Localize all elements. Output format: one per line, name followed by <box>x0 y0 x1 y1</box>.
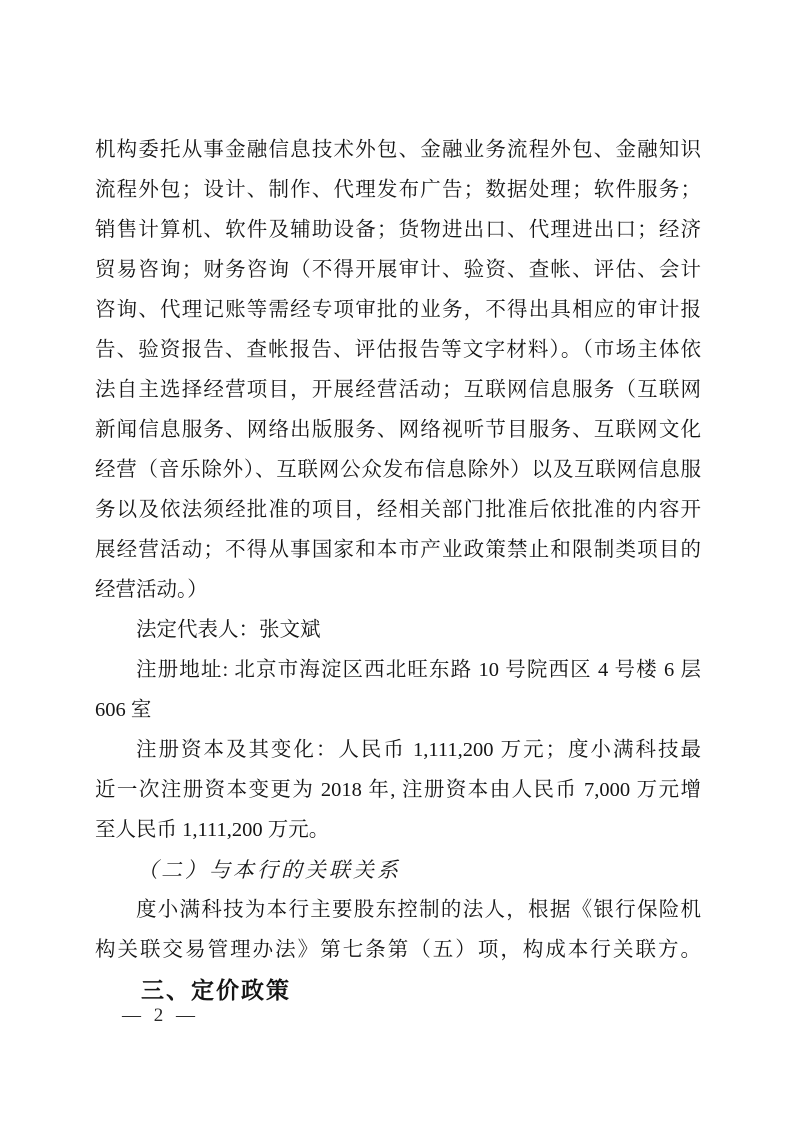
text-line: 务以及依法须经批准的项目，经相关部门批准后依批准的内容开 <box>95 490 701 530</box>
registered-capital-line: 近一次注册资本变更为 2018 年, 注册资本由人民币 7,000 万元增 <box>95 770 701 810</box>
subsection-heading: （二）与本行的关联关系 <box>95 850 701 890</box>
document-body: 机构委托从事金融信息技术外包、金融业务流程外包、金融知识 流程外包；设计、制作、… <box>95 130 701 1010</box>
page-number: — 2 — <box>122 1005 199 1027</box>
registered-capital-line: 至人民币 1,111,200 万元。 <box>95 810 701 850</box>
text-line: 展经营活动；不得从事国家和本市产业政策禁止和限制类项目的 <box>95 530 701 570</box>
text-line: 流程外包；设计、制作、代理发布广告；数据处理；软件服务； <box>95 170 701 210</box>
text-line: 告、验资报告、查帐报告、评估报告等文字材料）。（市场主体依 <box>95 330 701 370</box>
section-heading: 三、定价政策 <box>95 970 701 1010</box>
text-line: 咨询、代理记账等需经专项审批的业务，不得出具相应的审计报 <box>95 290 701 330</box>
text-line: 经营活动。） <box>95 570 701 610</box>
text-line: 法自主选择经营项目，开展经营活动；互联网信息服务（互联网 <box>95 370 701 410</box>
relationship-line: 度小满科技为本行主要股东控制的法人，根据《银行保险机 <box>95 890 701 930</box>
registered-capital-line: 注册资本及其变化：人民币 1,111,200 万元；度小满科技最 <box>95 730 701 770</box>
text-line: 机构委托从事金融信息技术外包、金融业务流程外包、金融知识 <box>95 130 701 170</box>
legal-representative-line: 法定代表人：张文斌 <box>95 610 701 650</box>
text-line: 贸易咨询；财务咨询（不得开展审计、验资、查帐、评估、会计 <box>95 250 701 290</box>
registered-address-line: 606 室 <box>95 690 701 730</box>
document-page: 机构委托从事金融信息技术外包、金融业务流程外包、金融知识 流程外包；设计、制作、… <box>0 0 793 1122</box>
text-line: 新闻信息服务、网络出版服务、网络视听节目服务、互联网文化 <box>95 410 701 450</box>
relationship-line: 构关联交易管理办法》第七条第（五）项，构成本行关联方。 <box>95 930 701 970</box>
text-line: 经营（音乐除外）、互联网公众发布信息除外）以及互联网信息服 <box>95 450 701 490</box>
registered-address-line: 注册地址: 北京市海淀区西北旺东路 10 号院西区 4 号楼 6 层 <box>95 650 701 690</box>
text-line: 销售计算机、软件及辅助设备；货物进出口、代理进出口；经济 <box>95 210 701 250</box>
